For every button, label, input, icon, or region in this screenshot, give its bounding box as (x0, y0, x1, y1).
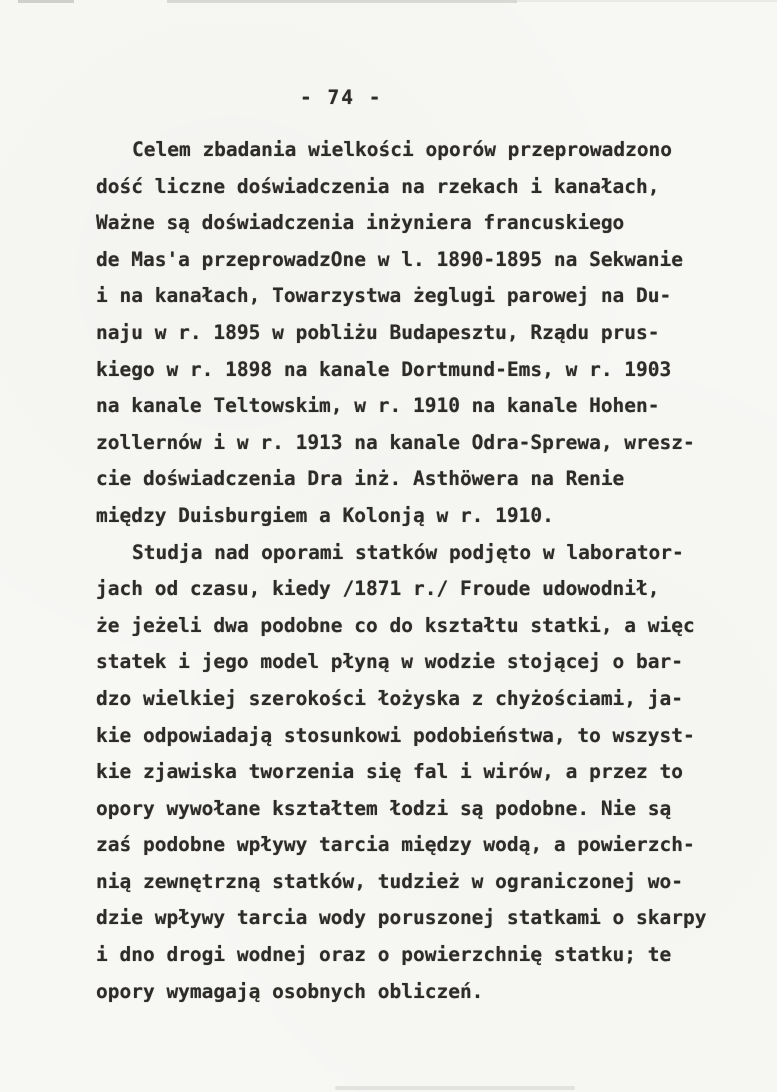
scan-edge-artifact (167, 0, 517, 3)
text-line: opory wywołane kształtem łodzi są podobn… (96, 791, 716, 828)
text-line: kie zjawiska tworzenia się fal i wirów, … (96, 754, 716, 791)
text-line: jach od czasu, kiedy /1871 r./ Froude ud… (96, 571, 716, 608)
text-line: Ważne są doświadczenia inżyniera francus… (96, 205, 716, 242)
text-line: dość liczne doświadczenia na rzekach i k… (96, 169, 716, 206)
text-line: statek i jego model płyną w wodzie stoją… (96, 644, 716, 681)
text-line: opory wymagają osobnych obliczeń. (96, 974, 716, 1011)
scan-edge-artifact (18, 0, 74, 3)
page-number: - 74 - (300, 86, 382, 109)
scanned-page: - 74 - Celem zbadania wielkości oporów p… (0, 0, 777, 1092)
text-line: na kanale Teltowskim, w r. 1910 na kanal… (96, 388, 716, 425)
text-line: Studja nad oporami statków podjęto w lab… (96, 535, 716, 572)
text-line: kie odpowiadają stosunkowi podobieństwa,… (96, 718, 716, 755)
text-line: naju w r. 1895 w pobliżu Budapesztu, Rzą… (96, 315, 716, 352)
text-line: zollernów i w r. 1913 na kanale Odra-Spr… (96, 425, 716, 462)
text-line: dzie wpływy tarcia wody poruszonej statk… (96, 900, 716, 937)
text-line: że jeżeli dwa podobne co do kształtu sta… (96, 608, 716, 645)
text-line: i dno drogi wodnej oraz o powierzchnię s… (96, 937, 716, 974)
text-line: dzo wielkiej szerokości łożyska z chyżoś… (96, 681, 716, 718)
text-line: zaś podobne wpływy tarcia między wodą, a… (96, 827, 716, 864)
text-line: między Duisburgiem a Kolonją w r. 1910. (96, 498, 716, 535)
scan-smudge (335, 1086, 575, 1090)
scan-edge-artifact (517, 0, 777, 2)
text-line: de Mas'a przeprowadzOne w l. 1890-1895 n… (96, 242, 716, 279)
text-line: i na kanałach, Towarzystwa żeglugi parow… (96, 278, 716, 315)
text-line: cie doświadczenia Dra inż. Asthöwera na … (96, 461, 716, 498)
text-line: nią zewnętrzną statków, tudzież w ograni… (96, 864, 716, 901)
text-line: Celem zbadania wielkości oporów przeprow… (96, 132, 716, 169)
body-text: Celem zbadania wielkości oporów przeprow… (96, 132, 716, 1010)
text-line: kiego w r. 1898 na kanale Dortmund-Ems, … (96, 352, 716, 389)
